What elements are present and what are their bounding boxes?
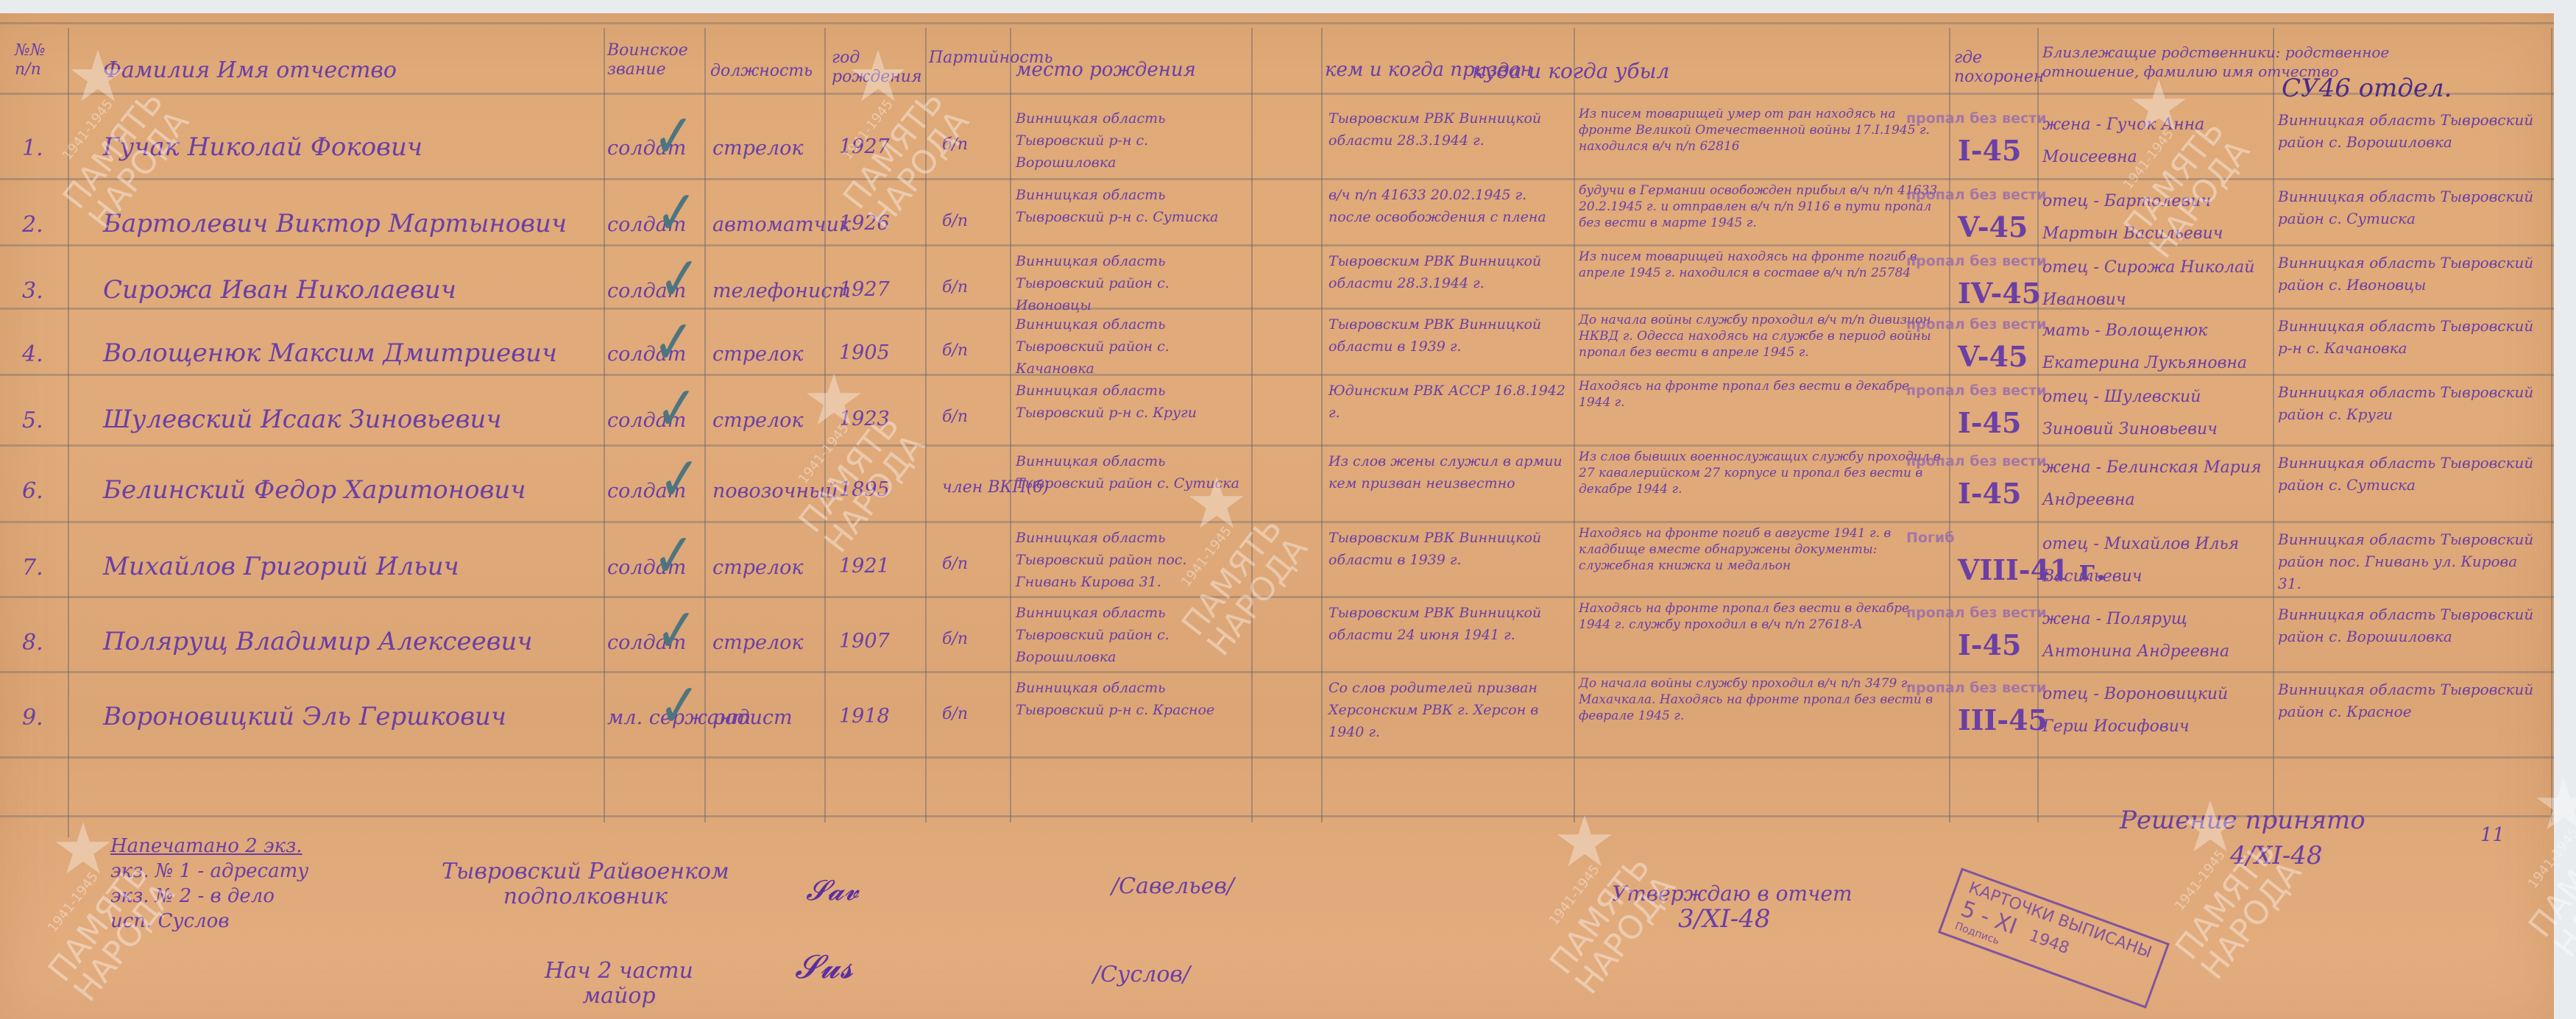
missing-stamp: Погиб: [1906, 530, 1954, 546]
fate-description: Находясь на фронте пропал без вести в де…: [1579, 600, 1943, 633]
date-of-loss: V-45: [1958, 210, 2028, 244]
chief-title: Нач 2 части майор: [545, 959, 693, 1009]
header-rank: Воинское звание: [607, 41, 703, 79]
row-number: 5.: [22, 408, 43, 433]
grid-line: [0, 756, 2554, 759]
signature-commissar: 𝓢𝓪𝓿: [806, 878, 859, 903]
relative-address: Винницкая область Тывровский район с. Кр…: [2278, 678, 2543, 722]
party: б/п: [942, 278, 968, 297]
relative-address: Винницкая область Тывровский район с. Во…: [2278, 109, 2543, 153]
birth-year: 1895: [839, 478, 890, 501]
star-watermark-icon: ★: [1185, 462, 1248, 544]
relative: мать - Волощенюк Екатерина Лукьяновна: [2042, 315, 2263, 380]
soldier-name: Михайлов Григорий Ильич: [103, 552, 459, 581]
commissar-name: /Савельев/: [1111, 874, 1234, 899]
drafted-by: Тывровским РВК Винницкой области 24 июня…: [1328, 602, 1568, 646]
birthplace: Винницкая область Тывровский район с. Ка…: [1016, 313, 1244, 380]
header-position: должность: [710, 62, 821, 81]
grid-line: [604, 28, 605, 823]
missing-stamp: пропал без вести: [1906, 316, 2047, 333]
position: стрелок: [712, 343, 804, 366]
relative: отец - Вороновицкий Герш Иосифович: [2042, 678, 2263, 743]
missing-stamp: пропал без вести: [1906, 605, 2047, 621]
soldier-name: Гучак Николай Фокович: [103, 132, 422, 162]
row-number: 4.: [22, 341, 43, 367]
drafted-by: Со слов родителей призван Херсонским РВК…: [1328, 677, 1568, 743]
party: б/п: [942, 341, 968, 360]
position: повозочный: [712, 480, 838, 503]
soldier-name: Волощенюк Максим Дмитриевич: [103, 338, 557, 368]
relative: отец - Михайлов Илья Васильевич: [2042, 528, 2263, 593]
missing-stamp: пропал без вести: [1906, 110, 2047, 127]
check-mark-icon: ✓: [659, 443, 700, 515]
soldier-name: Полярущ Владимир Алексеевич: [103, 627, 533, 656]
grid-line: [2551, 28, 2552, 823]
missing-stamp: пропал без вести: [1906, 453, 2047, 469]
fate-description: Находясь на фронте пропал без вести в де…: [1579, 378, 1943, 411]
birth-year: 1927: [839, 278, 890, 301]
signature-chief: 𝓢𝓾𝓼: [795, 955, 853, 980]
drafted-by: в/ч п/п 41633 20.02.1945 г. после освобо…: [1328, 184, 1568, 228]
resolution-left: Утверждаю в отчет 3/XI-48: [1612, 881, 1853, 931]
missing-stamp: пропал без вести: [1906, 383, 2047, 399]
relative: жена - Белинская Мария Андреевна: [2042, 452, 2263, 516]
position: автоматчик: [712, 213, 851, 236]
date-of-loss: V-45: [1958, 340, 2028, 373]
row-number: 7.: [22, 555, 43, 580]
soldier-name: Шулевский Исаак Зиновьевич: [103, 405, 502, 434]
relative-address: Винницкая область Тывровский район с. Кр…: [2278, 381, 2543, 425]
drafted-by: Тывровским РВК Винницкой области в 1939 …: [1328, 313, 1568, 358]
missing-stamp: пропал без вести: [1906, 187, 2047, 203]
position: стрелок: [712, 556, 804, 579]
row-number: 3.: [22, 278, 43, 304]
star-watermark-icon: ★: [2127, 65, 2190, 147]
soldier-name: Вороновицкий Эль Гершкович: [103, 702, 506, 731]
star-watermark-icon: ★: [52, 808, 115, 890]
fate-description: До начала войны службу проходил в/ч п/п …: [1579, 675, 1943, 724]
relative: отец - Бартолевич Мартын Васильевич: [2042, 185, 2263, 250]
grid-line: [1949, 28, 1950, 823]
birthplace: Винницкая область Тывровский р-н с. Крас…: [1016, 677, 1244, 721]
check-mark-icon: ✓: [653, 100, 694, 172]
check-mark-icon: ✓: [659, 243, 700, 315]
relative-address: Винницкая область Тывровский район с. Во…: [2278, 603, 2543, 647]
relative-address: Винницкая область Тывровский район с. Ив…: [2278, 252, 2543, 296]
birth-year: 1921: [839, 555, 890, 578]
grid-line: [2273, 28, 2274, 823]
birthplace: Винницкая область Тывровский район с. Во…: [1016, 602, 1244, 668]
cards-issued-stamp: КАРТОЧКИ ВЫПИСАНЫ 5 - XI 1948 Подпись: [1938, 867, 2170, 1008]
birth-year: 1918: [839, 705, 890, 728]
grid-line: [1010, 28, 1011, 823]
birth-year: 1926: [839, 212, 890, 235]
position: стрелок: [712, 137, 804, 160]
star-watermark-icon: ★: [1553, 800, 1616, 883]
row-number: 6.: [22, 478, 43, 504]
date-of-loss: IV-45: [1958, 277, 2041, 310]
birthplace: Винницкая область Тывровский р-н с. Круг…: [1016, 380, 1244, 424]
row-number: 9.: [22, 705, 43, 731]
relative-address: Винницкая область Тывровский район пос. …: [2278, 528, 2543, 594]
header-buried: где похоронен: [1954, 49, 2035, 87]
grid-line: [0, 521, 2554, 523]
drafted-by: Тывровским РВК Винницкой области 28.3.19…: [1328, 107, 1568, 152]
date-of-loss: I-45: [1958, 134, 2021, 167]
party: б/п: [942, 705, 968, 723]
header-birthplace: место рождения: [1016, 59, 1196, 81]
grid-line: [1321, 28, 1323, 823]
check-mark-icon: ✓: [656, 177, 697, 249]
star-watermark-icon: ★: [2179, 786, 2242, 868]
page-number: 11: [2480, 823, 2505, 848]
fate-description: Из слов бывших военнослужащих службу про…: [1579, 449, 1943, 497]
archive-document-sheet: №№ п/п Фамилия Имя отчество Воинское зва…: [0, 13, 2554, 1019]
position: стрелок: [712, 409, 804, 432]
birthplace: Винницкая область Тывровский район с. Ив…: [1016, 250, 1244, 316]
grid-line: [0, 596, 2554, 598]
party: б/п: [942, 555, 968, 573]
row-number: 2.: [22, 212, 43, 238]
date-of-loss: I-45: [1958, 406, 2021, 439]
grid-line: [0, 22, 2554, 24]
row-number: 8.: [22, 630, 43, 656]
grid-line: [1251, 28, 1253, 823]
header-name: Фамилия Имя отчество: [103, 57, 397, 83]
grid-line: [704, 28, 706, 823]
star-watermark-icon: ★: [66, 35, 130, 118]
header-num: №№ п/п: [15, 41, 66, 79]
grid-line: [0, 178, 2554, 180]
star-watermark-icon: ★: [802, 359, 866, 441]
grid-line: [925, 28, 927, 823]
relative-address: Винницкая область Тывровский район с. Су…: [2278, 452, 2543, 496]
header-party: Партийность: [929, 49, 1010, 68]
drafted-by: Юдинским РВК АССР 16.8.1942 г.: [1328, 380, 1568, 424]
fate-description: будучи в Германии освобожден прибыл в/ч …: [1579, 182, 1943, 231]
position: телефонист: [712, 280, 851, 302]
birthplace: Винницкая область Тывровский р-н с. Воро…: [1016, 107, 1244, 174]
fate-description: Из писем товарищей находясь на фронте по…: [1579, 249, 1943, 281]
party: б/п: [942, 630, 968, 648]
birthplace: Винницкая область Тывровский р-н с. Сути…: [1016, 184, 1244, 228]
chief-name: /Суслов/: [1093, 962, 1190, 987]
missing-stamp: пропал без вести: [1906, 680, 2047, 696]
check-mark-icon: ✓: [656, 372, 697, 444]
birth-year: 1907: [839, 630, 890, 653]
position: радист: [712, 706, 793, 729]
check-mark-icon: ✓: [659, 670, 700, 742]
soldier-name: Бартолевич Виктор Мартынович: [103, 209, 567, 238]
grid-line: [68, 28, 69, 837]
check-mark-icon: ✓: [653, 306, 694, 378]
party: б/п: [942, 135, 968, 154]
row-number: 1.: [22, 135, 43, 161]
date-of-loss: I-45: [1958, 477, 2021, 510]
relative-address: Винницкая область Тывровский р-н с. Кача…: [2278, 315, 2543, 359]
fate-description: До начала войны службу проходил в/ч т/п …: [1579, 312, 1943, 361]
position: стрелок: [712, 631, 804, 654]
soldier-name: Сирожа Иван Николаевич: [103, 275, 456, 305]
soldier-name: Белинский Федор Харитонович: [103, 475, 526, 505]
relative: отец - Шулевский Зиновий Зиновьевич: [2042, 381, 2263, 446]
copies-note: Напечатано 2 экз. экз. № 1 - адресату эк…: [110, 834, 308, 934]
fate-description: Из писем товарищей умер от ран находясь …: [1579, 106, 1943, 155]
birth-year: 1927: [839, 135, 890, 158]
commissar-title: Тывровский Райвоенком подполковник: [442, 859, 729, 909]
party: б/п: [942, 212, 968, 230]
star-watermark-icon: ★: [2532, 764, 2576, 846]
relative: жена - Полярущ Антонина Андреевна: [2042, 603, 2263, 668]
drafted-by: Из слов жены служил в армии кем призван …: [1328, 450, 1568, 494]
grid-line: [1574, 28, 1575, 823]
star-watermark-icon: ★: [846, 35, 910, 118]
date-of-loss: III-45: [1958, 703, 2048, 736]
relative-address: Винницкая область Тывровский район с. Су…: [2278, 185, 2543, 230]
check-mark-icon: ✓: [653, 519, 694, 592]
missing-stamp: пропал без вести: [1906, 253, 2047, 269]
relative: отец - Сирожа Николай Иванович: [2042, 252, 2263, 316]
date-of-loss: I-45: [1958, 628, 2021, 661]
grid-line: [0, 671, 2554, 673]
check-mark-icon: ✓: [656, 594, 697, 667]
header-where-when: куда и когда убыл: [1472, 59, 1669, 83]
drafted-by: Тывровским РВК Винницкой области 28.3.19…: [1328, 250, 1568, 294]
party: б/п: [942, 408, 968, 426]
top-right-note: СУ46 отдел.: [2282, 74, 2452, 103]
resolution-right: Решение принято 4/XI-48: [2120, 808, 2366, 868]
fate-description: Находясь на фронте погиб в августе 1941 …: [1579, 525, 1943, 574]
drafted-by: Тывровским РВК Винницкой области в 1939 …: [1328, 527, 1568, 571]
